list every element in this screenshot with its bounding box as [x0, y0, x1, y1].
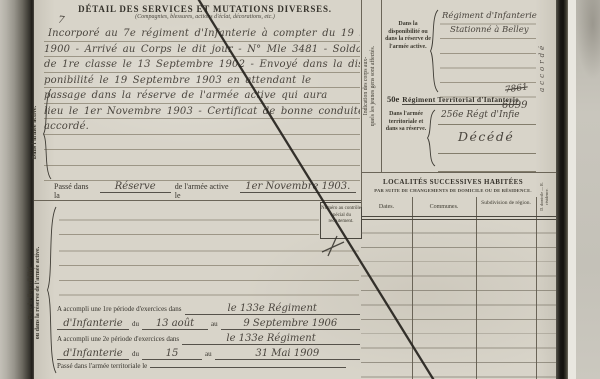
period1-from-handwritten: 13 août	[142, 318, 208, 330]
entry-line: lieu le 1er Novembre 1903 - Certificat d…	[44, 104, 360, 120]
entry-line: accordé.	[44, 119, 360, 135]
deceased-note-handwritten: Décédé	[458, 129, 514, 144]
passe-value-handwritten: Réserve	[100, 181, 171, 193]
page-title: DÉTAIL DES SERVICES ET MUTATIONS DIVERSE…	[70, 4, 340, 14]
localites-subtitle: PAR SUITE DE CHANGEMENTS DE DOMICILE OU …	[364, 188, 542, 193]
column-border	[361, 0, 362, 207]
corps-heading-line: quels les jeunes gens sont affectés.	[370, 0, 377, 172]
territoriale-printed-label: Passé dans l'armée territoriale le	[57, 362, 147, 370]
au-label: au	[208, 320, 221, 328]
period2-printed-label: A accompli une 2e période d'exercices da…	[57, 335, 179, 343]
column-header-subdivision: Subdivision de région.	[476, 200, 536, 207]
period2-to-handwritten: 31 Mai 1909	[215, 348, 360, 360]
entry-line: Incorporé au 7e régiment d'Infanterie à …	[44, 26, 360, 42]
service-entry-lines: Incorporé au 7e régiment d'Infanterie à …	[44, 26, 360, 181]
corps-heading-line: Indication des corps aux-	[363, 0, 370, 172]
side-label-line: Dans la disponibilité	[28, 209, 35, 377]
territoriale-row: Passé dans l'armée territoriale le	[57, 362, 360, 377]
passe-reserve-row: Passé dans la Réserve de l'armée active …	[54, 181, 360, 200]
period1-row2: d'Infanterie du 13 août au 9 Septembre 1…	[57, 318, 360, 333]
period2-row1: A accompli une 2e période d'exercices da…	[57, 333, 360, 348]
empty-ruled-line	[44, 150, 360, 166]
du-label: du	[129, 350, 142, 358]
side-label-line: ou dans la réserve de l'armée active.	[35, 209, 42, 377]
section-divider	[34, 200, 362, 201]
period2-row2: d'Infanterie du 15 au 31 Mai 1909	[57, 348, 360, 363]
page-edge-highlight	[568, 0, 576, 379]
entry-line: 1900 - Arrivé au Corps le dit jour - N° …	[44, 42, 360, 58]
period2-regiment-handwritten: le 133e Régiment	[182, 333, 360, 345]
entry-line: ponibilité le 19 Septembre 1903 en atten…	[44, 73, 360, 89]
ruled-line	[438, 153, 536, 172]
empty-ruled-lines	[59, 206, 319, 237]
empty-fill-line	[150, 367, 346, 368]
period1-arme-handwritten: d'Infanterie	[57, 318, 129, 330]
reserve-panel-label: Dans la disponibilité ou dans la réserve…	[383, 21, 433, 51]
period1-to-handwritten: 9 Septembre 1906	[221, 318, 360, 330]
period2-from-handwritten: 15	[142, 348, 202, 360]
empty-ruled-lines	[59, 237, 359, 298]
territorial-panel-label: Dans l'armée territoriale et dans sa rés…	[383, 111, 429, 134]
side-label-disponibilite: Dans la disponibilité ou dans la réserve…	[28, 209, 42, 377]
column-header-domicile-vertical: D. domicile — R. résidence.	[540, 178, 549, 215]
column-header-communes: Communes.	[412, 204, 476, 210]
reserve-regiment-handwritten: Régiment d'Infanterie	[442, 11, 537, 21]
au-label: au	[202, 350, 215, 358]
edge-vertical-note-handwritten: accordé	[538, 14, 546, 92]
adjacent-page-background	[576, 0, 600, 379]
table-empty-rows	[361, 219, 556, 379]
passe-date-handwritten: 1er Novembre 1903.	[240, 181, 356, 193]
period1-regiment-handwritten: le 133e Régiment	[185, 303, 361, 315]
page-subtitle: (Compagnies, blessures, actions d'éclat,…	[70, 14, 340, 20]
period1-printed-label: A accompli une 1re période d'exercices d…	[57, 305, 182, 313]
reserve-station-handwritten: Stationné à Belley	[450, 25, 529, 35]
entry-line: passage dans la réserve de l'armée activ…	[44, 88, 360, 104]
corps-column-heading: Indication des corps aux- quels les jeun…	[363, 0, 377, 172]
empty-ruled-line	[44, 166, 360, 182]
scan-blotch	[576, 0, 600, 80]
localites-title: LOCALITÉS SUCCESSIVES HABITÉES	[364, 178, 542, 186]
side-label-armee-active: Dans l'armée active.	[31, 85, 38, 180]
column-border	[381, 0, 382, 172]
numero-controle-box: Numéro au contrôle spécial du recrutemen…	[320, 202, 362, 239]
page-right-edge	[556, 0, 568, 379]
passe-middle-label: de l'armée active le	[175, 182, 236, 200]
scanned-register-page: DÉTAIL DES SERVICES ET MUTATIONS DIVERSE…	[0, 0, 600, 379]
period2-arme-handwritten: d'Infanterie	[57, 348, 129, 360]
empty-ruled-line	[44, 135, 360, 151]
section-divider	[361, 172, 556, 173]
period1-row1: A accompli une 1re période d'exercices d…	[57, 303, 360, 318]
territorial-regiment-handwritten: 256e Régt d'Infie	[441, 110, 520, 120]
entry-line: de 1re classe le 13 Septembre 1902 - Env…	[44, 57, 360, 73]
passe-prefix-label: Passé dans la	[54, 182, 96, 200]
du-label: du	[129, 320, 142, 328]
column-header-dates: Dates.	[361, 204, 412, 210]
regiment-number: 50e	[387, 94, 399, 104]
